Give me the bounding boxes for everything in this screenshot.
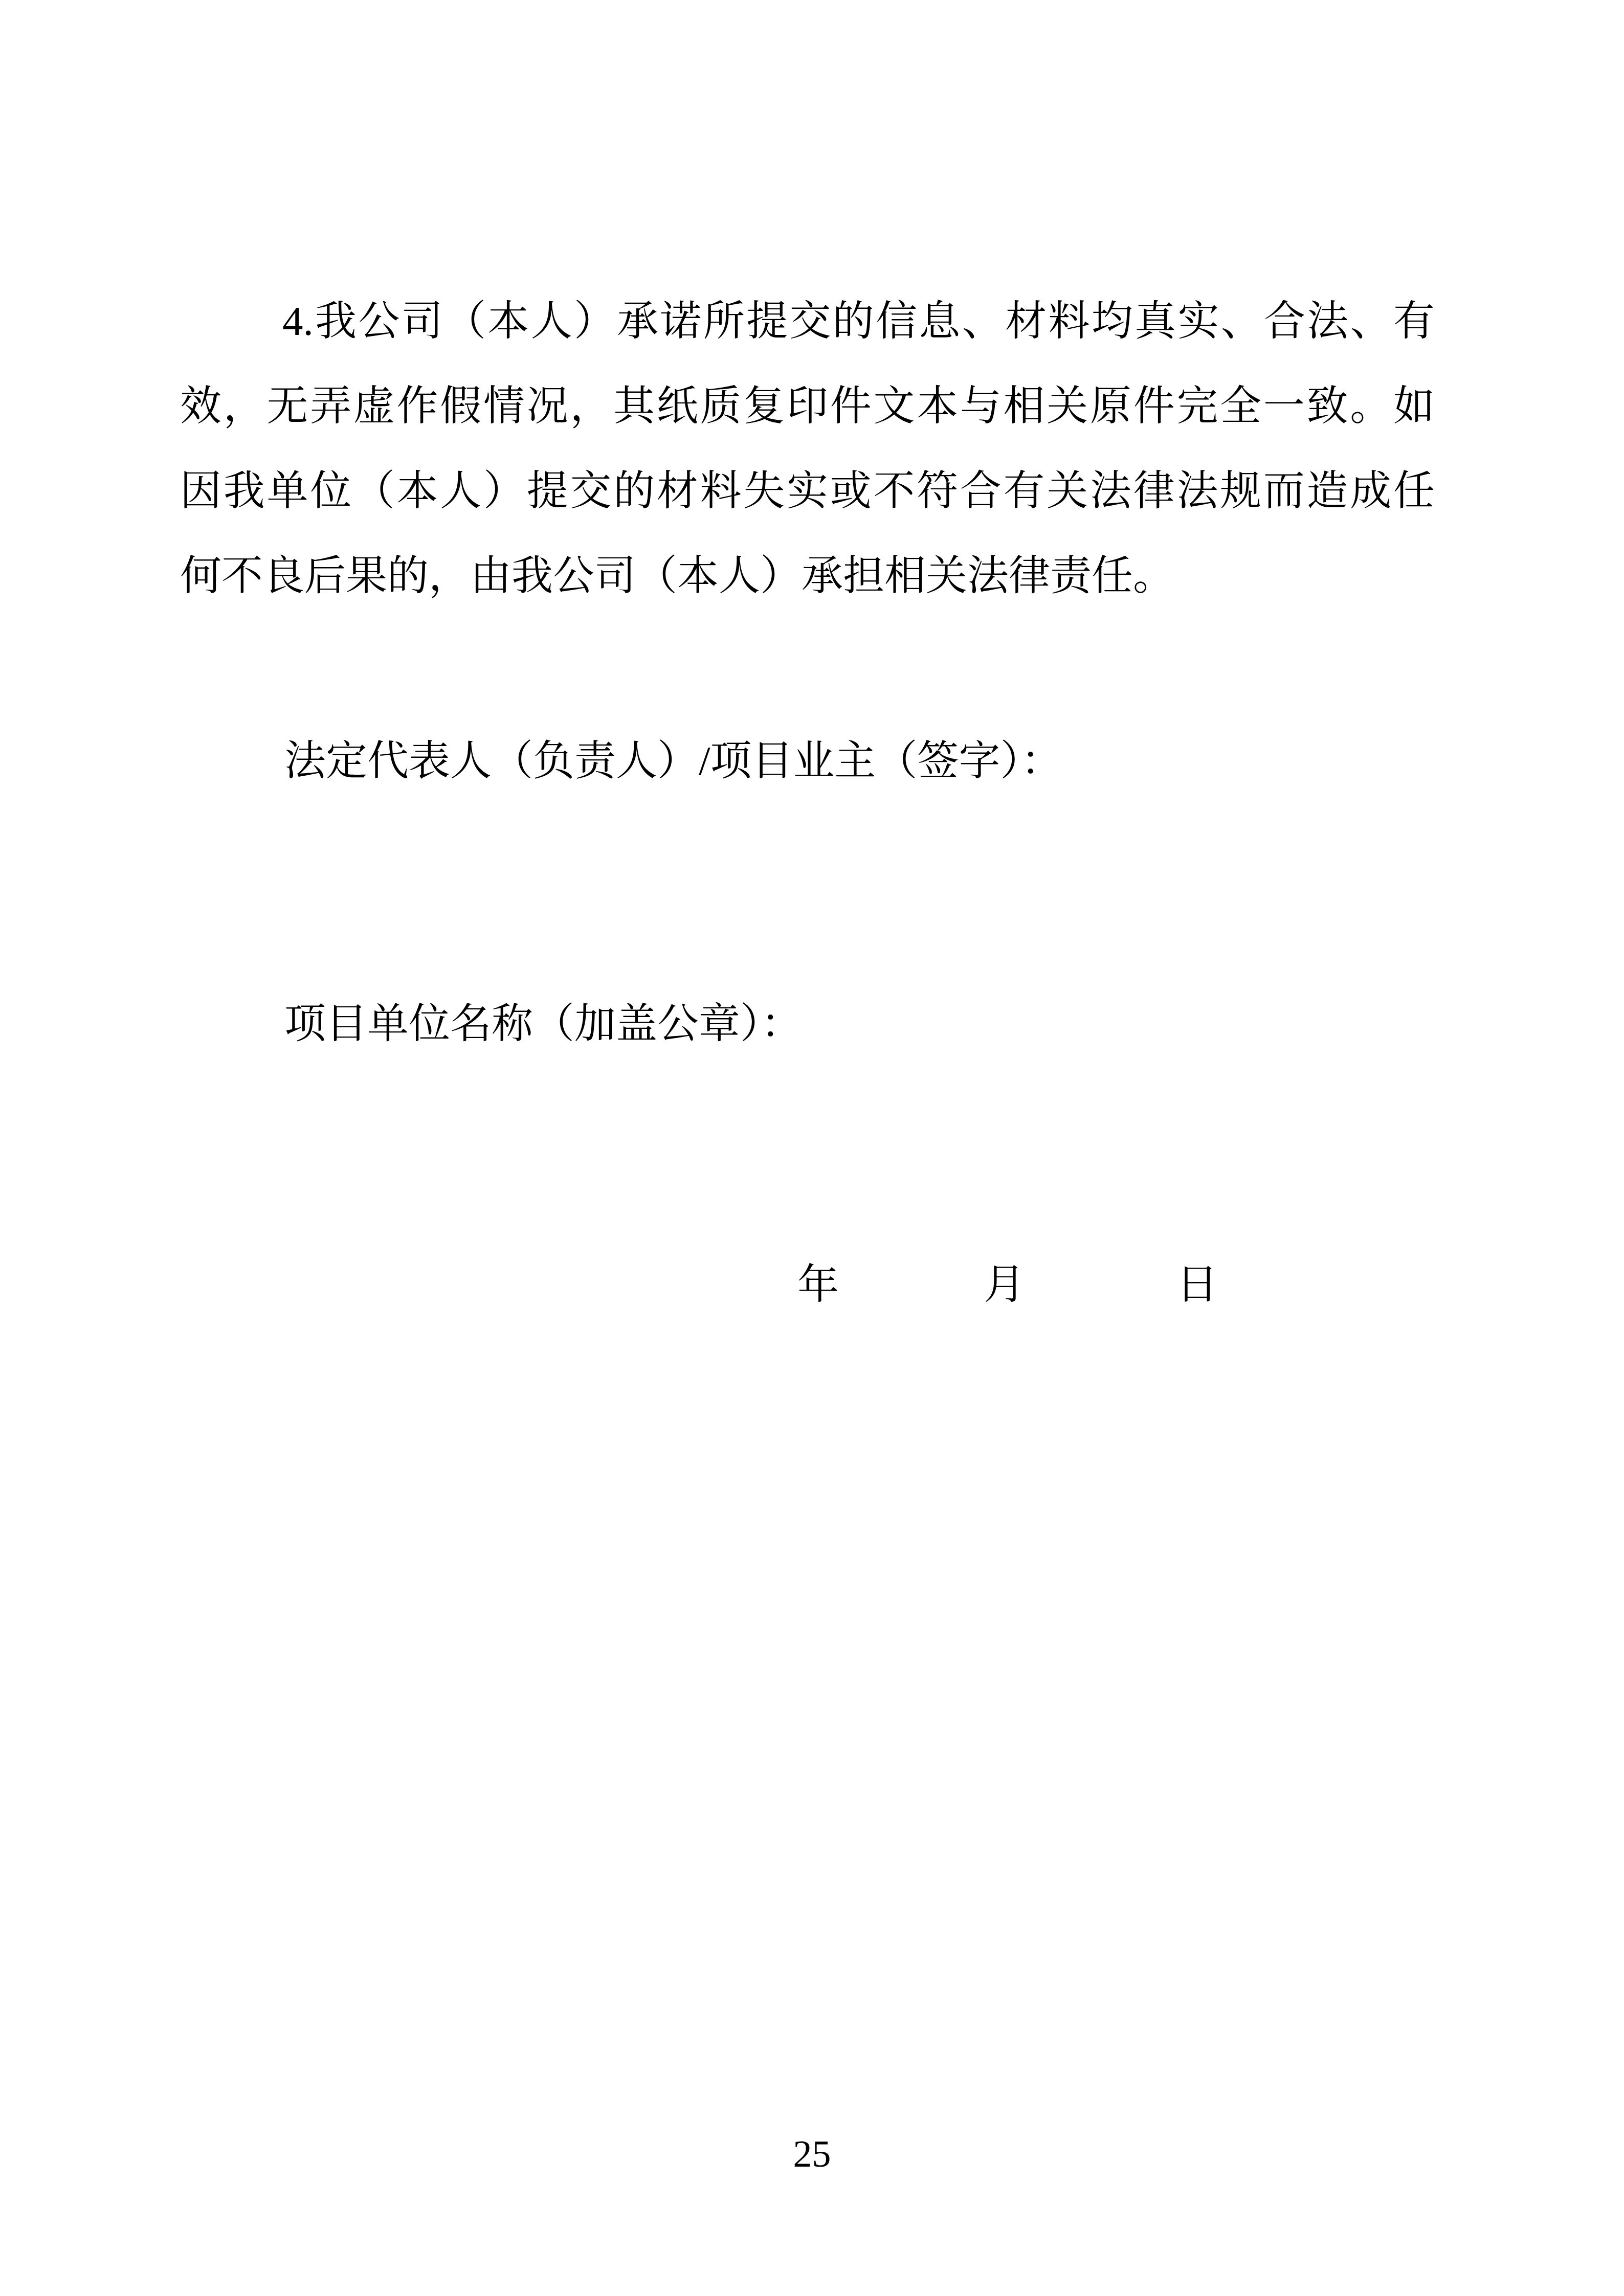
paragraph-line-1: 4.我公司（本人）承诺所提交的信息、材料均真实、合法、有	[180, 279, 1435, 364]
legal-representative-signature-label: 法定代表人（负责人）/项目业主（签字）：	[284, 736, 1062, 785]
paragraph-line-4: 何不良后果的，由我公司（本人）承担相关法律责任。	[180, 533, 1435, 618]
date-month-label: 月	[984, 1260, 1025, 1309]
document-page: 4.我公司（本人）承诺所提交的信息、材料均真实、合法、有 效，无弄虚作假情况，其…	[0, 0, 1624, 2296]
date-line: 年 月 日	[0, 1260, 1624, 1309]
date-day-label: 日	[1176, 1260, 1218, 1309]
paragraph-line-2: 效，无弄虚作假情况，其纸质复印件文本与相关原件完全一致。如	[180, 364, 1435, 448]
date-year-label: 年	[797, 1260, 839, 1309]
project-unit-seal-label: 项目单位名称（加盖公章）：	[284, 999, 803, 1048]
paragraph-line-3: 因我单位（本人）提交的材料失实或不符合有关法律法规而造成任	[180, 448, 1435, 533]
commitment-paragraph: 4.我公司（本人）承诺所提交的信息、材料均真实、合法、有 效，无弄虚作假情况，其…	[180, 279, 1435, 618]
page-number: 25	[0, 2131, 1624, 2177]
